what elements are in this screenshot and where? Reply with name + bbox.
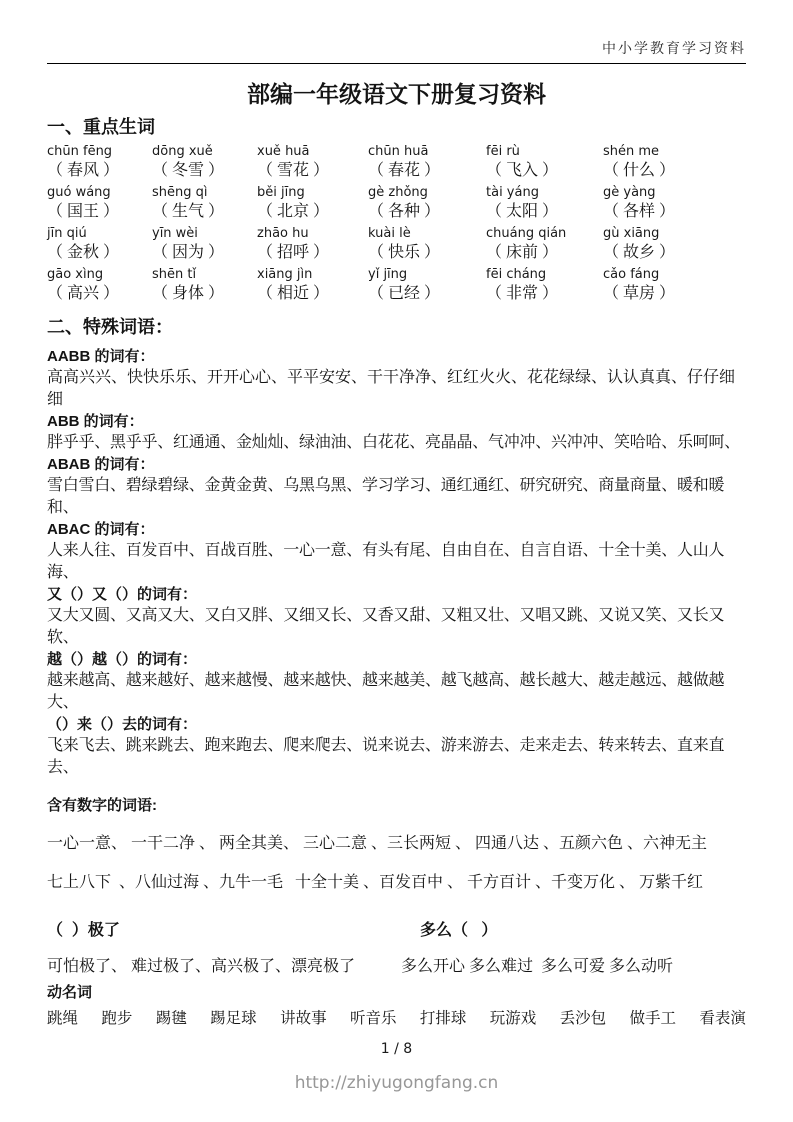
pinyin-text: shén me (603, 143, 746, 160)
word-group-label: ABAC 的词有： (47, 519, 746, 540)
word-group-text: 又大又圆、又高又大、又白又胖、又细又长、又香又甜、又粗又壮、又唱又跳、又说又笑、… (47, 605, 746, 649)
pinyin-text: gāo xìng (47, 266, 152, 283)
verb-item: 丢沙包 (560, 1008, 607, 1029)
vocab-item: shēn tǐ（ 身体 ） (152, 266, 257, 305)
word-group-label: ABB 的词有： (47, 411, 746, 432)
jile-left-heading: （ ）极了 (47, 920, 420, 942)
duome-examples: 多么开心 多么难过 多么可爱 多么动听 (401, 956, 746, 978)
verbs-section: 动名词 跳绳跑步踢毽踢足球讲故事听音乐打排球玩游戏丢沙包做手工看表演 (47, 982, 746, 1029)
vocab-item: gāo xìng（ 高兴 ） (47, 266, 152, 305)
word-text: （ 雪花 ） (257, 160, 368, 182)
verb-item: 踢足球 (210, 1008, 257, 1029)
vocab-item: fēi rù（ 飞入 ） (486, 143, 603, 182)
vocab-item: yǐ jīng（ 已经 ） (368, 266, 486, 305)
vocab-item: gè yàng（ 各样 ） (603, 184, 746, 223)
section-2-heading: 二、特殊词语： (47, 315, 746, 339)
verb-item: 踢毽 (156, 1008, 187, 1029)
word-group: ABAC 的词有：人来人往、百发百中、百战百胜、一心一意、有头有尾、自由自在、自… (47, 519, 746, 584)
verbs-heading: 动名词 (47, 982, 746, 1003)
pinyin-text: cǎo fáng (603, 266, 746, 283)
verb-item: 做手工 (630, 1008, 677, 1029)
vocab-item: gù xiāng（ 故乡 ） (603, 225, 746, 264)
pinyin-text: chūn huā (368, 143, 486, 160)
word-group-text: 人来人往、百发百中、百战百胜、一心一意、有头有尾、自由自在、自言自语、十全十美、… (47, 540, 746, 584)
word-text: （ 快乐 ） (368, 242, 486, 264)
word-group-label: AABB 的词有： (47, 346, 746, 367)
word-group-text: 越来越高、越来越好、越来越慢、越来越快、越来越美、越飞越高、越长越大、越走越远、… (47, 670, 746, 714)
word-text: （ 太阳 ） (486, 201, 603, 223)
word-text: （ 什么 ） (603, 160, 746, 182)
verb-item: 讲故事 (280, 1008, 327, 1029)
vocab-item: dōng xuě（ 冬雪 ） (152, 143, 257, 182)
vocab-item: xiāng jìn（ 相近 ） (257, 266, 368, 305)
pinyin-text: guó wáng (47, 184, 152, 201)
verb-item: 打排球 (420, 1008, 467, 1029)
word-group-label: 越（）越（）的词有： (47, 649, 746, 670)
word-text: （ 春花 ） (368, 160, 486, 182)
section-1-heading: 一、重点生词 (47, 115, 746, 139)
numbers-line-1: 一心一意、 一干二净 、 两全其美、 三心二意 、三长两短 、 四通八达 、五颜… (47, 833, 746, 855)
word-text: （ 各种 ） (368, 201, 486, 223)
verb-list: 跳绳跑步踢毽踢足球讲故事听音乐打排球玩游戏丢沙包做手工看表演 (47, 1008, 746, 1029)
word-group: 越（）越（）的词有：越来越高、越来越好、越来越慢、越来越快、越来越美、越飞越高、… (47, 649, 746, 714)
word-text: （ 春风 ） (47, 160, 152, 182)
header-divider (47, 63, 746, 64)
vocab-item: guó wáng（ 国王 ） (47, 184, 152, 223)
pinyin-text: fēi rù (486, 143, 603, 160)
vocab-item: zhāo hu（ 招呼 ） (257, 225, 368, 264)
verb-item: 看表演 (699, 1008, 746, 1029)
vocab-item: xuě huā（ 雪花 ） (257, 143, 368, 182)
word-text: （ 高兴 ） (47, 283, 152, 305)
jile-examples: 可怕极了、 难过极了、高兴极了、漂亮极了 (47, 956, 401, 978)
verb-item: 玩游戏 (490, 1008, 537, 1029)
verb-item: 跳绳 (47, 1008, 78, 1029)
vocab-item: tài yáng（ 太阳 ） (486, 184, 603, 223)
vocab-item: cǎo fáng（ 草房 ） (603, 266, 746, 305)
pinyin-text: shēn tǐ (152, 266, 257, 283)
vocab-row: jīn qiú（ 金秋 ）yīn wèi（ 因为 ）zhāo hu（ 招呼 ）k… (47, 225, 746, 264)
pinyin-text: kuài lè (368, 225, 486, 242)
numbers-heading: 含有数字的词语: (47, 795, 746, 816)
word-text: （ 冬雪 ） (152, 160, 257, 182)
pinyin-text: jīn qiú (47, 225, 152, 242)
vocab-item: fēi cháng（ 非常 ） (486, 266, 603, 305)
special-word-groups: AABB 的词有：高高兴兴、快快乐乐、开开心心、平平安安、干干净净、红红火火、花… (47, 346, 746, 779)
header-brand: 中小学教育学习资料 (47, 40, 746, 58)
word-text: （ 飞入 ） (486, 160, 603, 182)
pinyin-text: yǐ jīng (368, 266, 486, 283)
jile-section: （ ）极了 多么（ ） 可怕极了、 难过极了、高兴极了、漂亮极了 多么开心 多么… (47, 920, 746, 978)
vocab-item: chuáng qián（ 床前 ） (486, 225, 603, 264)
vocab-item: kuài lè（ 快乐 ） (368, 225, 486, 264)
duome-right-heading: 多么（ ） (420, 920, 746, 942)
word-group-text: 胖乎乎、黑乎乎、红通通、金灿灿、绿油油、白花花、亮晶晶、气冲冲、兴冲冲、笑哈哈、… (47, 432, 746, 454)
vocab-item: shēng qì（ 生气 ） (152, 184, 257, 223)
pinyin-text: gè yàng (603, 184, 746, 201)
verb-item: 跑步 (101, 1008, 132, 1029)
vocab-rows: chūn fēng（ 春风 ）dōng xuě（ 冬雪 ）xuě huā（ 雪花… (47, 143, 746, 305)
pinyin-text: chūn fēng (47, 143, 152, 160)
vocab-row: gāo xìng（ 高兴 ）shēn tǐ（ 身体 ）xiāng jìn（ 相近… (47, 266, 746, 305)
vocab-item: yīn wèi（ 因为 ） (152, 225, 257, 264)
word-group-text: 飞来飞去、跳来跳去、跑来跑去、爬来爬去、说来说去、游来游去、走来走去、转来转去、… (47, 735, 746, 779)
pinyin-text: shēng qì (152, 184, 257, 201)
vocab-item: chūn huā（ 春花 ） (368, 143, 486, 182)
pinyin-text: běi jīng (257, 184, 368, 201)
word-text: （ 北京 ） (257, 201, 368, 223)
word-group-text: 雪白雪白、碧绿碧绿、金黄金黄、乌黑乌黑、学习学习、通红通红、研究研究、商量商量、… (47, 475, 746, 519)
word-text: （ 非常 ） (486, 283, 603, 305)
word-text: （ 相近 ） (257, 283, 368, 305)
pinyin-text: xuě huā (257, 143, 368, 160)
vocab-row: chūn fēng（ 春风 ）dōng xuě（ 冬雪 ）xuě huā（ 雪花… (47, 143, 746, 182)
pinyin-text: fēi cháng (486, 266, 603, 283)
word-text: （ 生气 ） (152, 201, 257, 223)
word-group-label: （）来（）去的词有： (47, 714, 746, 735)
word-text: （ 招呼 ） (257, 242, 368, 264)
word-group: ABB 的词有：胖乎乎、黑乎乎、红通通、金灿灿、绿油油、白花花、亮晶晶、气冲冲、… (47, 411, 746, 454)
pinyin-text: zhāo hu (257, 225, 368, 242)
numbers-section: 含有数字的词语: 一心一意、 一干二净 、 两全其美、 三心二意 、三长两短 、… (47, 795, 746, 894)
vocab-row: guó wáng（ 国王 ）shēng qì（ 生气 ）běi jīng（ 北京… (47, 184, 746, 223)
word-text: （ 已经 ） (368, 283, 486, 305)
word-group: AABB 的词有：高高兴兴、快快乐乐、开开心心、平平安安、干干净净、红红火火、花… (47, 346, 746, 411)
word-group-label: 又（）又（）的词有： (47, 584, 746, 605)
vocab-item: chūn fēng（ 春风 ） (47, 143, 152, 182)
numbers-line-2: 七上八下 、八仙过海 、九牛一毛 十全十美 、百发百中 、 千方百计 、千变万化… (47, 872, 746, 894)
word-text: （ 床前 ） (486, 242, 603, 264)
vocab-item: běi jīng（ 北京 ） (257, 184, 368, 223)
word-text: （ 身体 ） (152, 283, 257, 305)
page-number: 1 / 8 (47, 1041, 746, 1057)
word-text: （ 因为 ） (152, 242, 257, 264)
pinyin-text: chuáng qián (486, 225, 603, 242)
document-page: 中小学教育学习资料 部编一年级语文下册复习资料 一、重点生词 chūn fēng… (0, 0, 793, 1122)
pinyin-text: gè zhǒng (368, 184, 486, 201)
word-text: （ 故乡 ） (603, 242, 746, 264)
pinyin-text: gù xiāng (603, 225, 746, 242)
pinyin-text: yīn wèi (152, 225, 257, 242)
vocab-item: gè zhǒng（ 各种 ） (368, 184, 486, 223)
pinyin-text: tài yáng (486, 184, 603, 201)
verb-item: 听音乐 (350, 1008, 397, 1029)
word-group: ABAB 的词有：雪白雪白、碧绿碧绿、金黄金黄、乌黑乌黑、学习学习、通红通红、研… (47, 454, 746, 519)
vocab-item: shén me（ 什么 ） (603, 143, 746, 182)
word-text: （ 草房 ） (603, 283, 746, 305)
word-group: （）来（）去的词有：飞来飞去、跳来跳去、跑来跑去、爬来爬去、说来说去、游来游去、… (47, 714, 746, 779)
page-title: 部编一年级语文下册复习资料 (47, 81, 746, 109)
word-text: （ 金秋 ） (47, 242, 152, 264)
word-group-label: ABAB 的词有： (47, 454, 746, 475)
word-text: （ 国王 ） (47, 201, 152, 223)
word-text: （ 各样 ） (603, 201, 746, 223)
footer-url: http://zhiyugongfang.cn (47, 1073, 746, 1093)
pinyin-text: xiāng jìn (257, 266, 368, 283)
word-group: 又（）又（）的词有：又大又圆、又高又大、又白又胖、又细又长、又香又甜、又粗又壮、… (47, 584, 746, 649)
word-group-text: 高高兴兴、快快乐乐、开开心心、平平安安、干干净净、红红火火、花花绿绿、认认真真、… (47, 367, 746, 411)
vocab-item: jīn qiú（ 金秋 ） (47, 225, 152, 264)
pinyin-text: dōng xuě (152, 143, 257, 160)
